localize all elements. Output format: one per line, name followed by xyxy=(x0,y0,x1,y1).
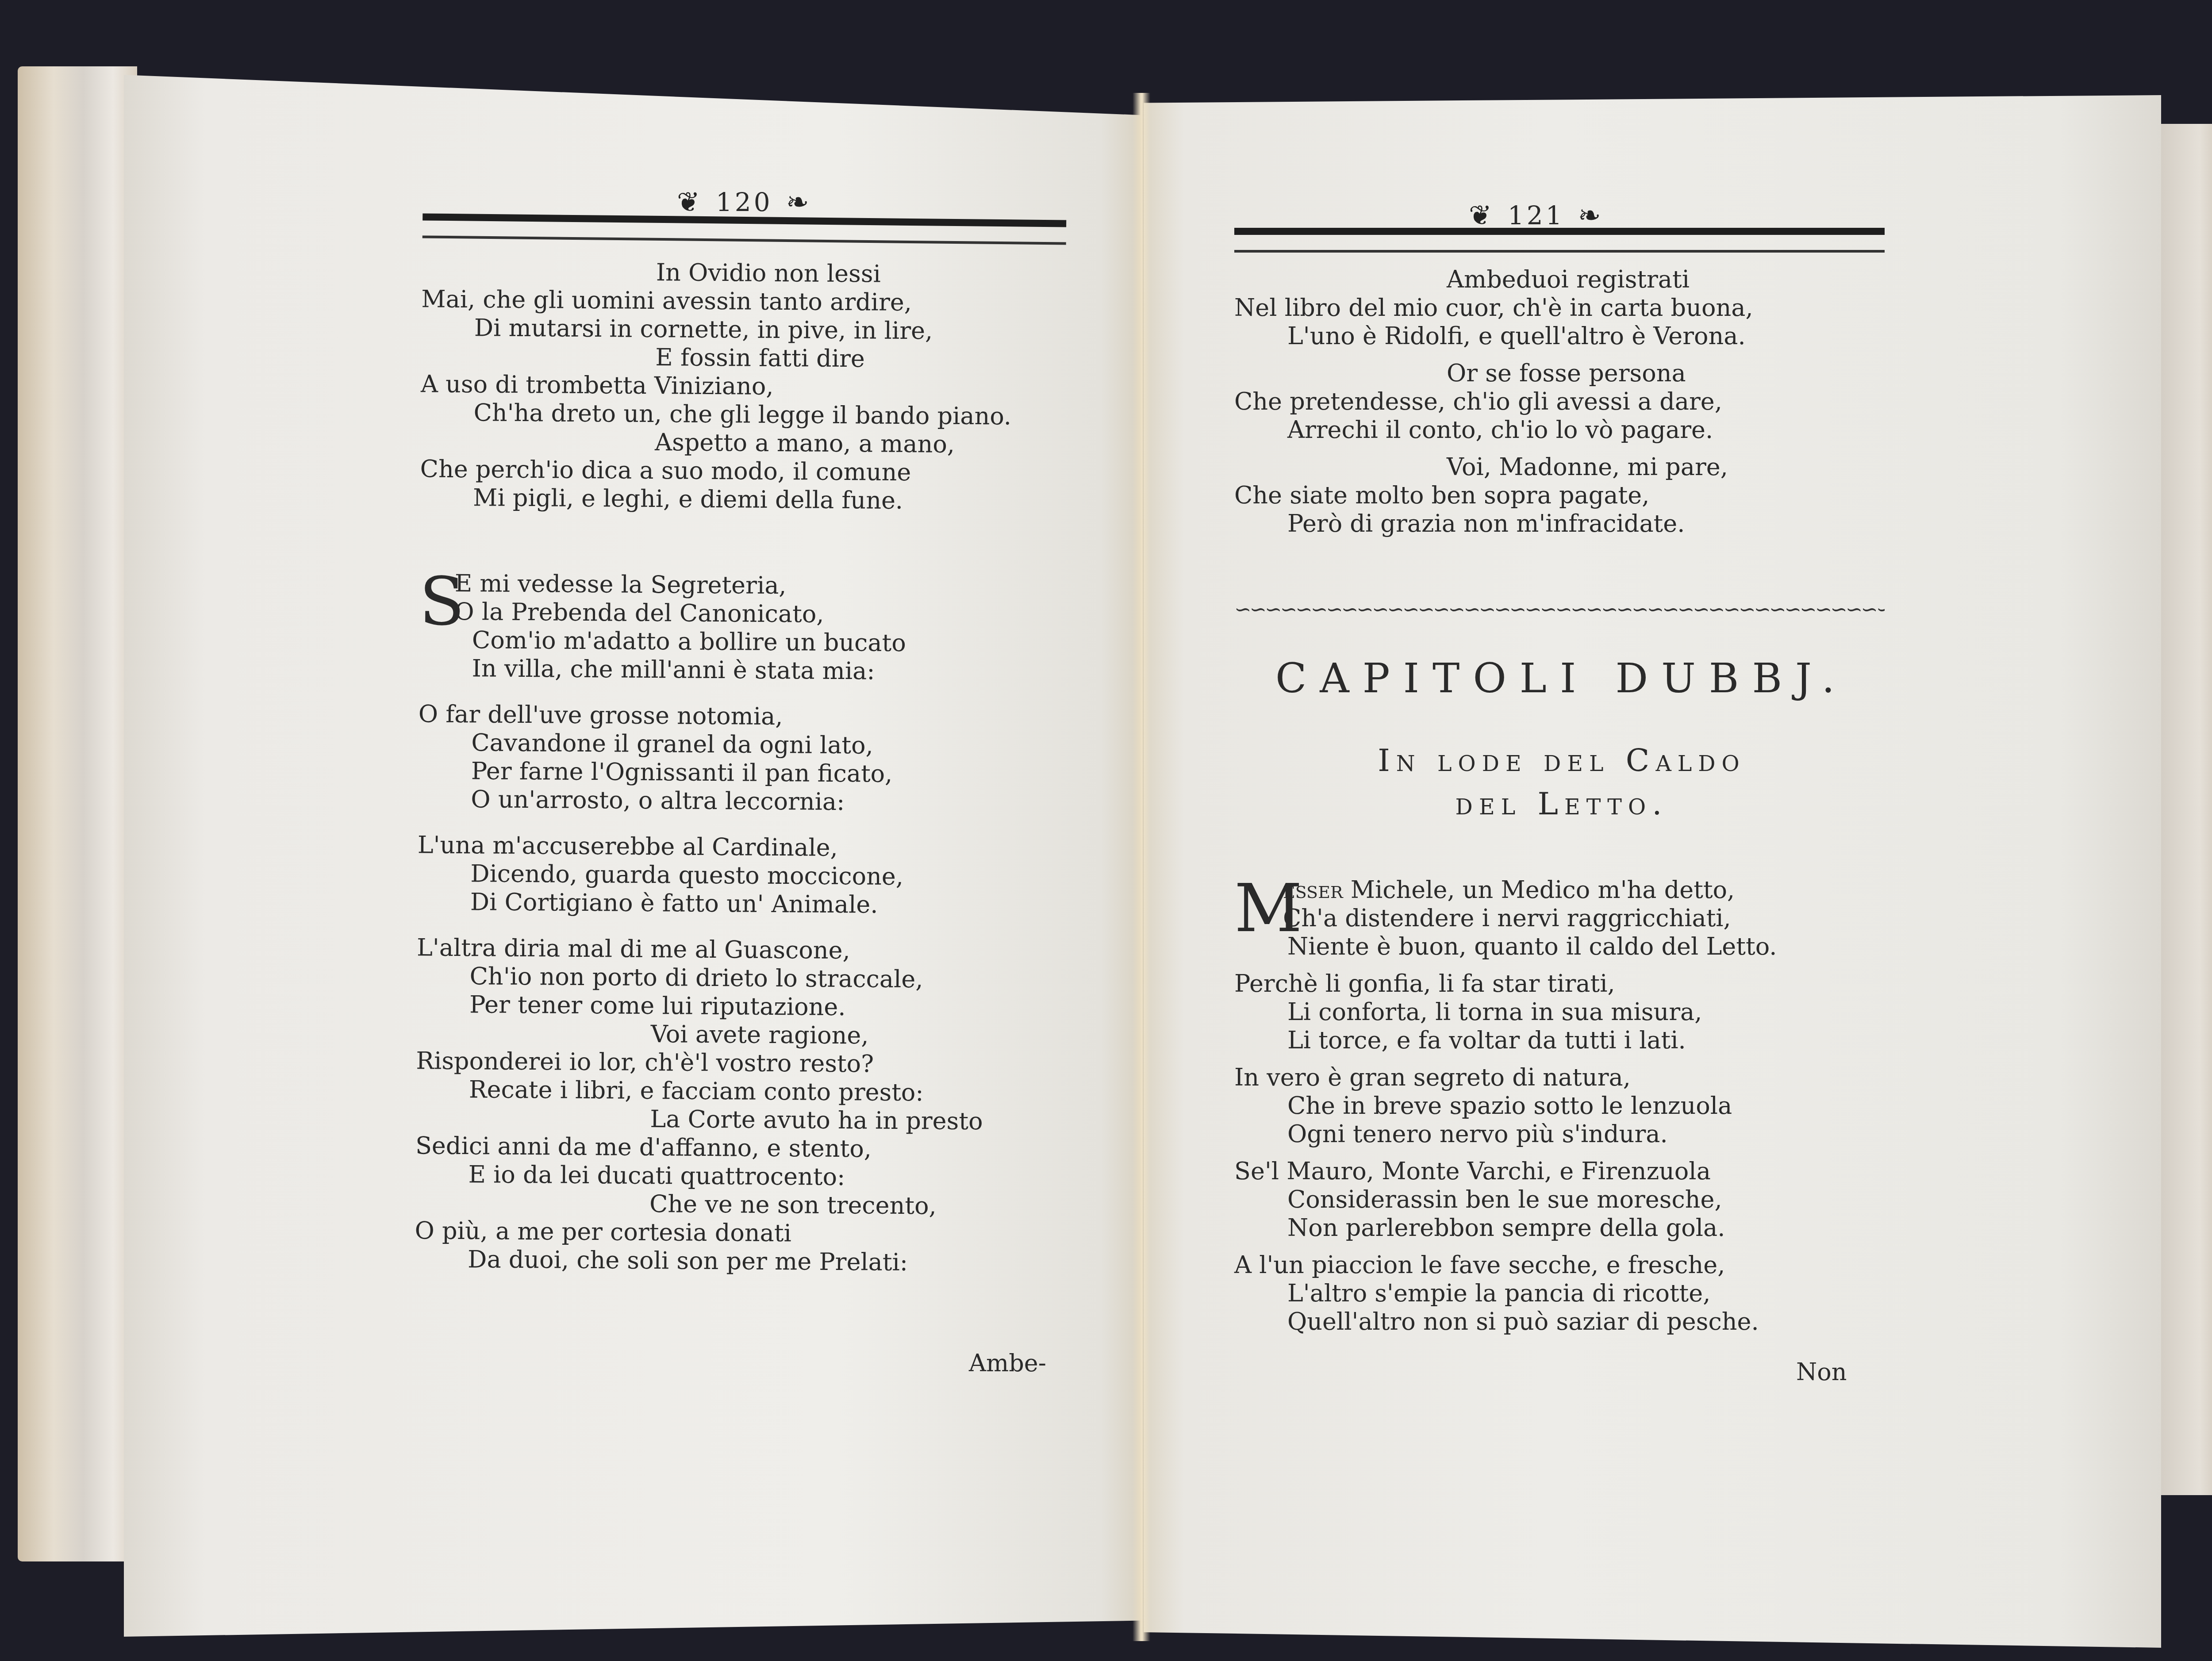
catchword: Ambe- xyxy=(969,1349,1046,1377)
header-rule xyxy=(1234,228,1885,253)
verse-line: Di mutarsi in cornette, in pive, in lire… xyxy=(421,313,1012,345)
verse-line: La Corte avuto ha in presto xyxy=(415,1103,1006,1135)
verse-line: Per farne l'Ognissanti il pan ficato, xyxy=(418,756,1009,789)
verse-line: E io da lei ducati quattrocento: xyxy=(415,1160,1006,1192)
verse-line: Di Cortigiano è fatto un' Animale. xyxy=(417,887,1008,920)
page-number: 121 xyxy=(1508,200,1565,230)
catchword: Non xyxy=(1796,1358,1847,1386)
verse-line: Dicendo, guarda questo moccicone, xyxy=(417,859,1008,891)
page-number: 120 xyxy=(716,187,773,217)
verse-line: L'una m'accuserebbe al Cardinale, xyxy=(418,831,1009,863)
verse-line: Sedici anni da me d'affanno, e stento, xyxy=(415,1132,1006,1164)
verse-line: Voi avete ragione, xyxy=(416,1018,1007,1051)
right-page-text-bottom: M esser Michele, un Medico m'ha detto, C… xyxy=(1234,876,1777,1336)
verse-line: O più, a me per cortesia donati xyxy=(415,1216,1006,1249)
fleuron-right-icon: ❧ xyxy=(786,186,812,218)
verse-line: Mi pigli, e leghi, e diemi della fune. xyxy=(420,483,1011,515)
verse-line: Ch'a distendere i nervi raggricchiati, xyxy=(1234,904,1777,932)
verse-line: Li torce, e fa voltar da tutti i lati. xyxy=(1234,1026,1777,1055)
verse-line: Da duoi, che soli son per me Prelati: xyxy=(415,1245,1006,1277)
fleuron-right-icon: ❧ xyxy=(1578,199,1604,231)
verse-line: Cavandone il granel da ogni lato, xyxy=(418,728,1009,760)
book-fore-edge-right xyxy=(2159,124,2212,1495)
dropcap-letter: M xyxy=(1234,878,1302,940)
stanza-with-dropcap: S E mi vedesse la Segreteria, O la Prebe… xyxy=(419,569,1010,686)
verse-line: Però di grazia non m'infracidate. xyxy=(1234,510,1753,538)
verse-line: O far dell'uve grosse notomia, xyxy=(419,700,1010,732)
verse-line: Ch'io non porto di drieto lo straccale, xyxy=(416,962,1007,994)
verse-line: O la Prebenda del Canonicato, xyxy=(419,597,1010,629)
verse-line: Non parlerebbon sempre della gola. xyxy=(1234,1214,1777,1242)
verse-line: Niente è buon, quanto il caldo del Letto… xyxy=(1234,932,1777,961)
verse-line: Che ve ne son trecento, xyxy=(415,1188,1006,1220)
left-running-head: ❦ 120 ❧ xyxy=(677,186,812,218)
verse-line: O un'arrosto, o altra leccornia: xyxy=(418,785,1009,817)
verse-line: Michele, un Medico m'ha detto, xyxy=(1343,876,1735,904)
ornamental-rule: ∽∽∽∽∽∽∽∽∽∽∽∽∽∽∽∽∽∽∽∽∽∽∽∽∽∽∽∽∽∽∽∽∽∽∽∽∽∽∽∽… xyxy=(1234,597,1885,621)
verse-line: In vero è gran segreto di natura, xyxy=(1234,1063,1777,1092)
verse-line: Per tener come lui riputazione. xyxy=(416,990,1007,1022)
verse-line: Arrechi il conto, ch'io lo vò pagare. xyxy=(1234,416,1753,444)
verse-line: Ogni tenero nervo più s'indura. xyxy=(1234,1120,1777,1148)
verse-line: Risponderei io lor, ch'è'l vostro resto? xyxy=(416,1047,1007,1079)
subtitle-line: del Letto. xyxy=(1230,782,1893,825)
verse-line: A l'un piaccion le fave secche, e fresch… xyxy=(1234,1251,1777,1279)
book-fore-edge-left xyxy=(18,66,137,1561)
verse-line: In Ovidio non lessi xyxy=(422,257,1013,289)
verse-line: Com'io m'adatto a bollire un bucato xyxy=(419,625,1010,658)
verse-line: Che in breve spazio sotto le lenzuola xyxy=(1234,1092,1777,1120)
verse-line: Recate i libri, e facciam conto presto: xyxy=(416,1075,1007,1107)
verse-line: Ambeduoi registrati xyxy=(1234,265,1753,294)
verse-line: Considerassin ben le sue moresche, xyxy=(1234,1185,1777,1214)
verse-line: Che pretendesse, ch'io gli avessi a dare… xyxy=(1234,387,1753,416)
verse-line: Li conforta, li torna in sua misura, xyxy=(1234,998,1777,1026)
verse-line: L'altra diria mal di me al Guascone, xyxy=(417,933,1008,966)
verse-line: E mi vedesse la Segreteria, xyxy=(419,569,1010,601)
subtitle-line: In lode del Caldo xyxy=(1230,739,1893,782)
verse-line: Mai, che gli uomini avessin tanto ardire… xyxy=(421,285,1012,317)
right-running-head: ❦ 121 ❧ xyxy=(1469,199,1604,231)
left-page-text: In Ovidio non lessi Mai, che gli uomini … xyxy=(415,257,1013,1277)
verse-line: Che perch'io dica a suo modo, il comune xyxy=(420,455,1011,487)
book-gutter xyxy=(1133,93,1150,1641)
verse-line: Nel libro del mio cuor, ch'è in carta bu… xyxy=(1234,294,1753,322)
verse-line: L'altro s'empie la pancia di ricotte, xyxy=(1234,1279,1777,1308)
verse-line: Ch'ha dreto un, che gli legge il bando p… xyxy=(420,398,1011,430)
chapter-title: CAPITOLI DUBBJ. xyxy=(1230,655,1893,702)
verse-line: In villa, che mill'anni è stata mia: xyxy=(419,654,1010,686)
verse-line: Perchè li gonfia, li fa star tirati, xyxy=(1234,970,1777,998)
verse-line: Quell'altro non si può saziar di pesche. xyxy=(1234,1308,1777,1336)
fleuron-left-icon: ❦ xyxy=(677,186,703,218)
verse-line: A uso di trombetta Viniziano, xyxy=(421,370,1012,402)
dropcap-letter: S xyxy=(419,571,465,633)
verse-line: Aspetto a mano, a mano, xyxy=(420,426,1011,459)
stanza-with-dropcap: M esser Michele, un Medico m'ha detto, C… xyxy=(1234,876,1777,961)
chapter-subtitle: In lode del Caldo del Letto. xyxy=(1230,739,1893,825)
fleuron-left-icon: ❦ xyxy=(1469,199,1494,231)
verse-line: Or se fosse persona xyxy=(1234,359,1753,387)
verse-line: Voi, Madonne, mi pare, xyxy=(1234,453,1753,481)
verse-line: Che siate molto ben sopra pagate, xyxy=(1234,481,1753,510)
verse-line: E fossin fatti dire xyxy=(421,341,1012,374)
verse-line: Se'l Mauro, Monte Varchi, e Firenzuola xyxy=(1234,1157,1777,1185)
right-page-text-top: Ambeduoi registrati Nel libro del mio cu… xyxy=(1234,265,1753,538)
verse-line: L'uno è Ridolfi, e quell'altro è Verona. xyxy=(1234,322,1753,350)
